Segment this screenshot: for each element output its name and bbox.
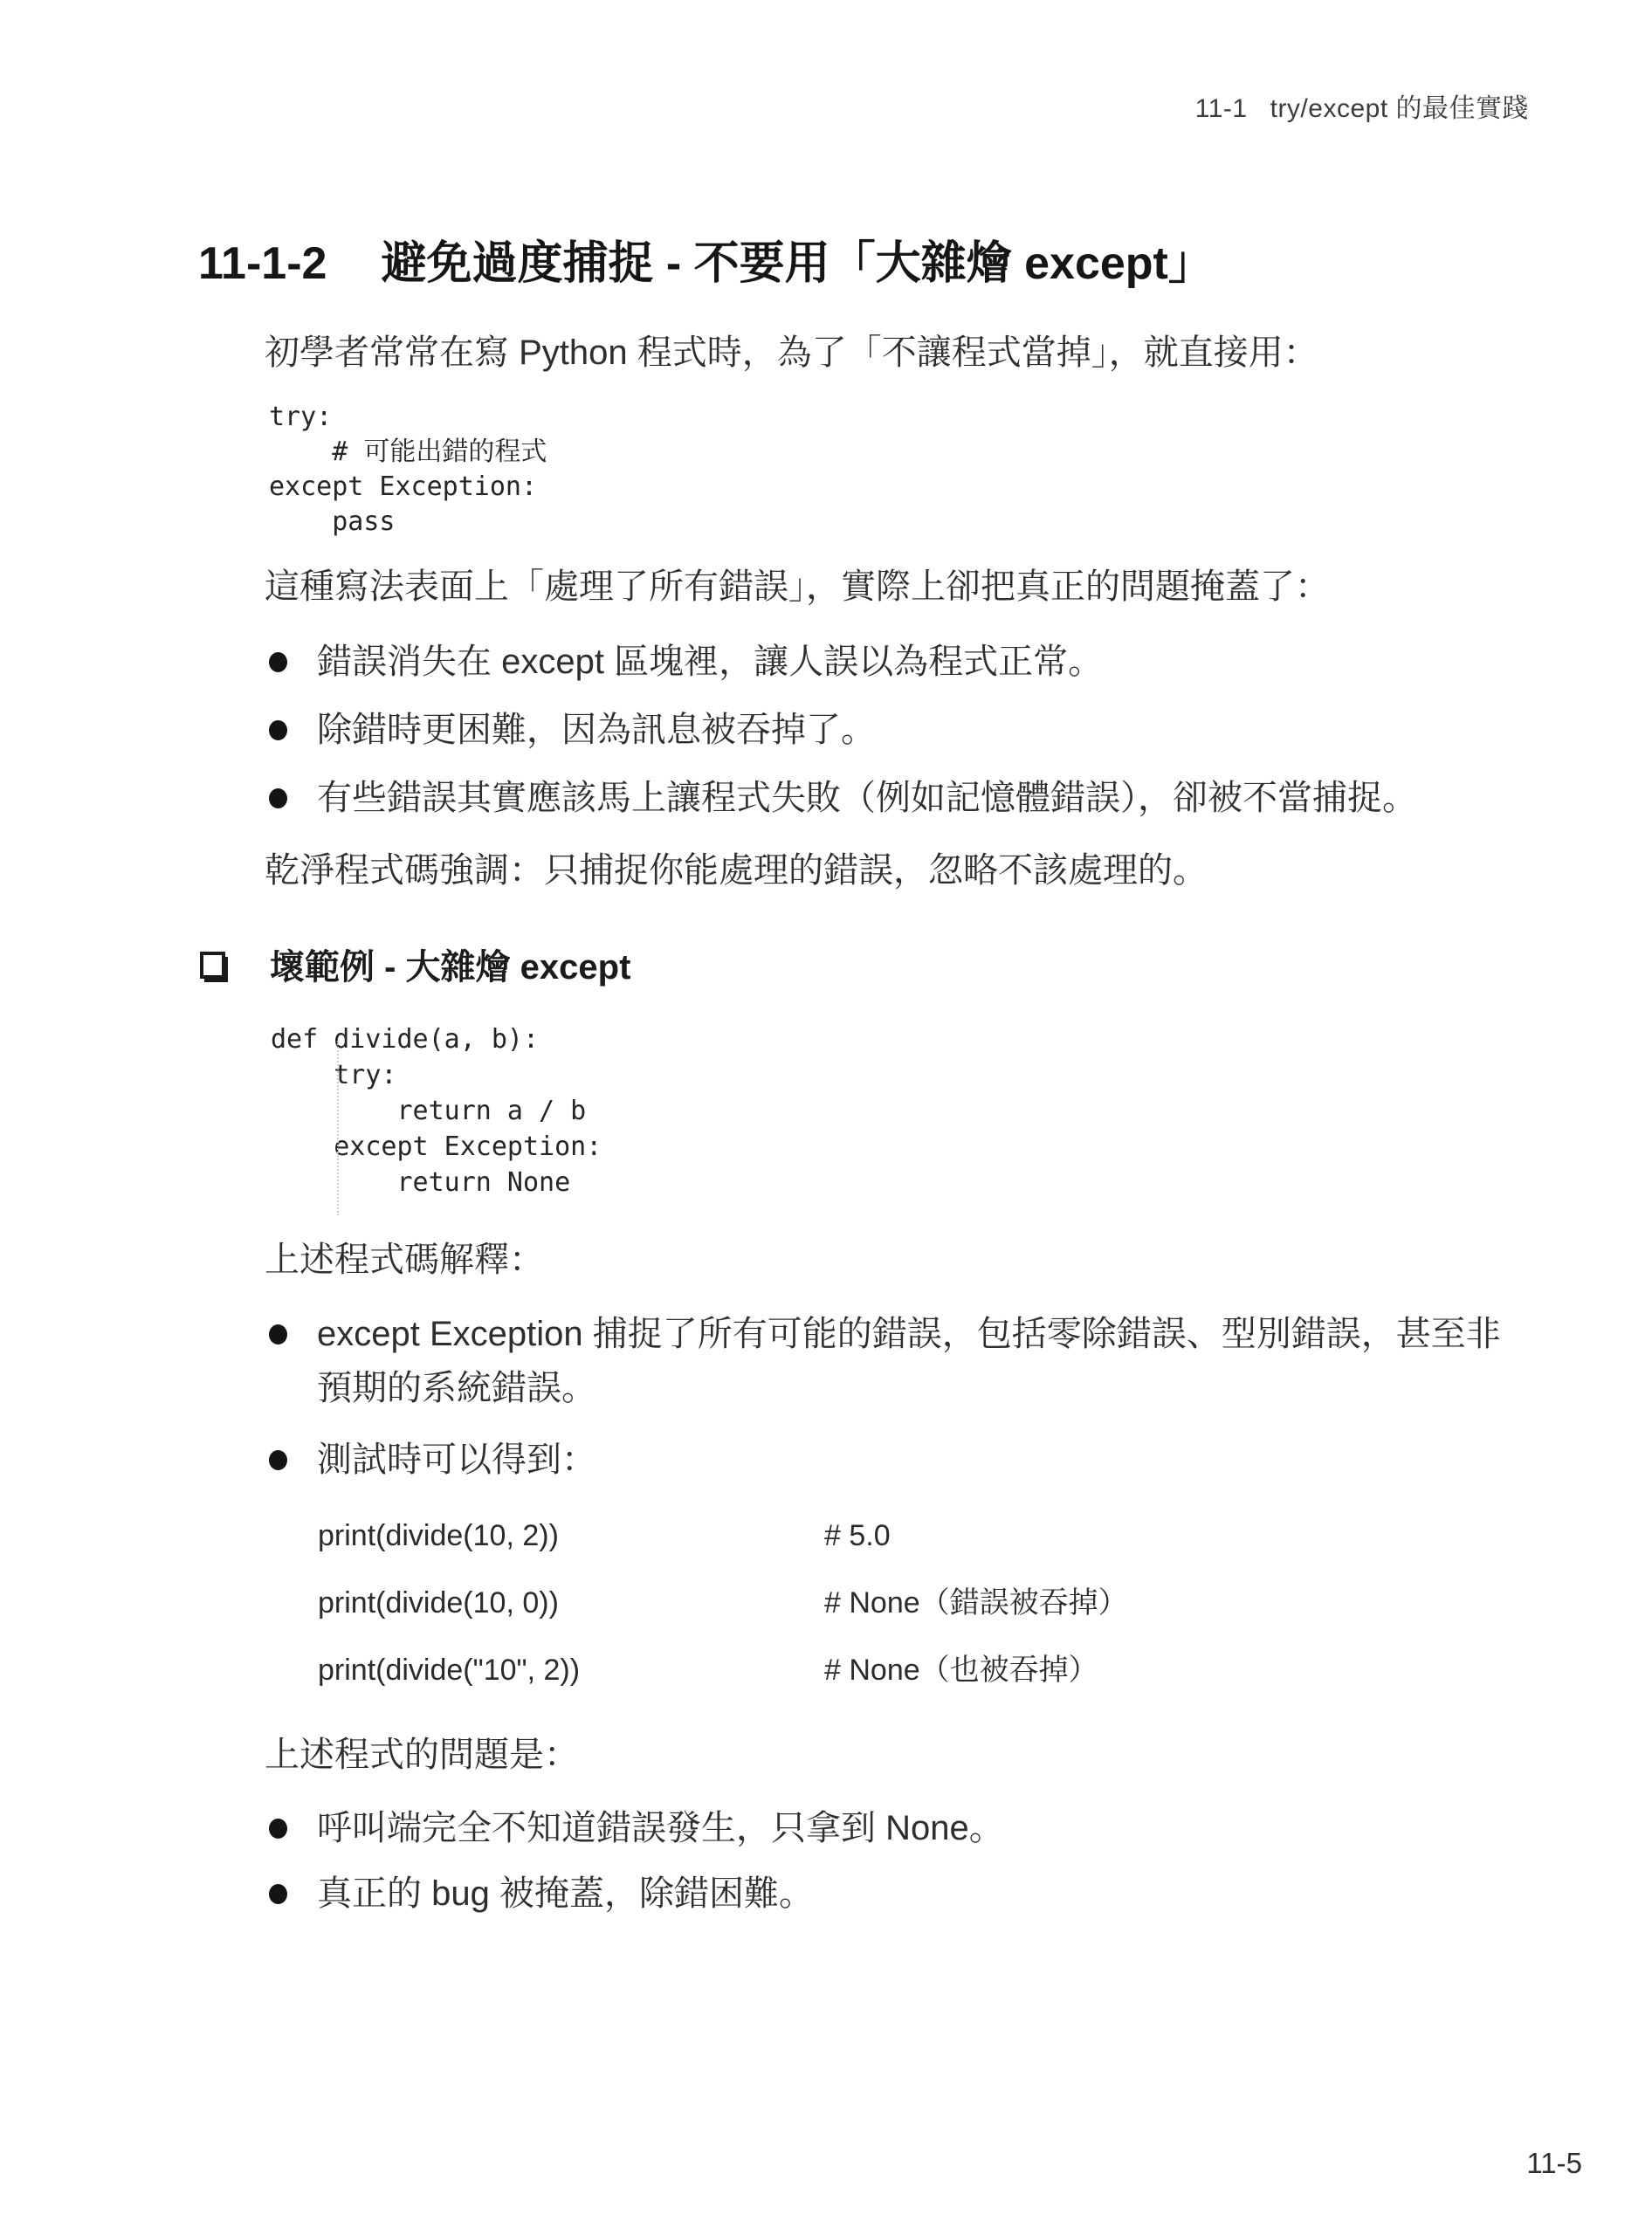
test-row: print(divide(10, 0)) # None（錯誤被吞掉）: [318, 1583, 1128, 1623]
test-row: print(divide("10", 2)) # None（也被吞掉）: [318, 1650, 1128, 1690]
code-line: try:: [269, 400, 547, 435]
code-line: pass: [269, 505, 547, 540]
bullet-icon: [269, 1819, 287, 1839]
chapter-heading-number: 11-1-2: [198, 238, 327, 289]
test-output-block: print(divide(10, 2)) # 5.0 print(divide(…: [318, 1516, 1128, 1717]
code-line: except Exception:: [271, 1129, 602, 1165]
test-comment: # None（錯誤被吞掉）: [824, 1583, 1128, 1623]
code-line: def divide(a, b):: [271, 1021, 602, 1057]
code-block-bad-example: def divide(a, b): try: return a / b exce…: [271, 1021, 602, 1200]
bullet-icon: [269, 720, 287, 740]
shadowed-square-icon: [200, 952, 230, 984]
bad-example-heading-title: 壞範例 - 大雜燴 except: [270, 943, 630, 992]
naive-result-paragraph: 這種寫法表面上「處理了所有錯誤」，實際上卻把真正的問題掩蓋了：: [265, 562, 1330, 611]
list-item-text: 除錯時更困難，因為訊息被吞掉了。: [317, 705, 876, 754]
code-line: # 可能出錯的程式: [269, 435, 547, 470]
explanation-list: except Exception 捕捉了所有可能的錯誤，包括零除錯誤、型別錯誤，…: [269, 1307, 1514, 1504]
chapter-heading: 11-1-2避免過度捕捉 - 不要用「大雜燴 except」: [198, 232, 1214, 295]
intro-paragraph: 初學者常常在寫 Python 程式時，為了「不讓程式當掉」，就直接用：: [265, 328, 1318, 377]
explanation-intro: 上述程式碼解釋：: [265, 1235, 544, 1284]
test-code: print(divide(10, 2)): [318, 1516, 824, 1556]
bullet-icon: [269, 1324, 287, 1344]
code-line: try:: [271, 1057, 602, 1093]
bullet-icon: [269, 788, 287, 808]
bullet-icon: [269, 1884, 287, 1904]
test-comment: # 5.0: [824, 1516, 891, 1556]
list-item: 呼叫端完全不知道錯誤發生，只拿到 None。: [269, 1804, 1521, 1853]
list-item: 測試時可以得到：: [269, 1433, 1514, 1487]
chapter-heading-title: 避免過度捕捉 - 不要用「大雜燴 except」: [381, 238, 1213, 289]
list-item-text: 測試時可以得到：: [317, 1433, 596, 1487]
list-item-text: except Exception 捕捉了所有可能的錯誤，包括零除錯誤、型別錯誤，…: [317, 1307, 1514, 1415]
book-page: 11-1try/except 的最佳實踐 11-1-2避免過度捕捉 - 不要用「…: [0, 0, 1652, 2235]
test-row: print(divide(10, 2)) # 5.0: [318, 1516, 1128, 1556]
list-item: 錯誤消失在 except 區塊裡，讓人誤以為程式正常。: [269, 637, 1521, 686]
running-header: 11-1try/except 的最佳實踐: [1195, 91, 1529, 127]
indent-guide: [337, 1041, 339, 1215]
list-item-text: 有些錯誤其實應該馬上讓程式失敗（例如記憶體錯誤），卻被不當捕捉。: [317, 774, 1417, 822]
running-header-section-number: 11-1: [1195, 94, 1248, 123]
issues-intro: 上述程式的問題是：: [265, 1730, 579, 1779]
bullet-icon: [269, 652, 287, 672]
list-item-text: 呼叫端完全不知道錯誤發生，只拿到 None。: [317, 1804, 1004, 1853]
page-number: 11-5: [1526, 2144, 1582, 2183]
test-code: print(divide(10, 0)): [318, 1583, 824, 1623]
list-item: 真正的 bug 被掩蓋，除錯困難。: [269, 1869, 1521, 1918]
code-block-naive: try: # 可能出錯的程式 except Exception: pass: [269, 400, 547, 540]
clean-code-note: 乾淨程式碼強調：只捕捉你能處理的錯誤，忽略不該處理的。: [265, 846, 1208, 895]
list-item: except Exception 捕捉了所有可能的錯誤，包括零除錯誤、型別錯誤，…: [269, 1307, 1514, 1415]
test-code: print(divide("10", 2)): [318, 1650, 824, 1690]
running-header-section-title: try/except 的最佳實踐: [1270, 94, 1529, 123]
issues-list: 呼叫端完全不知道錯誤發生，只拿到 None。 真正的 bug 被掩蓋，除錯困難。: [269, 1804, 1521, 1935]
bullet-icon: [269, 1450, 287, 1470]
test-comment: # None（也被吞掉）: [824, 1650, 1098, 1690]
code-line: return None: [271, 1165, 602, 1200]
naive-problems-list: 錯誤消失在 except 區塊裡，讓人誤以為程式正常。 除錯時更困難，因為訊息被…: [269, 637, 1521, 842]
code-line: except Exception:: [269, 470, 547, 505]
list-item-text: 錯誤消失在 except 區塊裡，讓人誤以為程式正常。: [317, 637, 1103, 686]
list-item-text: 真正的 bug 被掩蓋，除錯困難。: [317, 1869, 814, 1918]
list-item: 有些錯誤其實應該馬上讓程式失敗（例如記憶體錯誤），卻被不當捕捉。: [269, 774, 1521, 822]
bad-example-heading: 壞範例 - 大雜燴 except: [200, 943, 630, 992]
code-line: return a / b: [271, 1093, 602, 1129]
list-item: 除錯時更困難，因為訊息被吞掉了。: [269, 705, 1521, 754]
